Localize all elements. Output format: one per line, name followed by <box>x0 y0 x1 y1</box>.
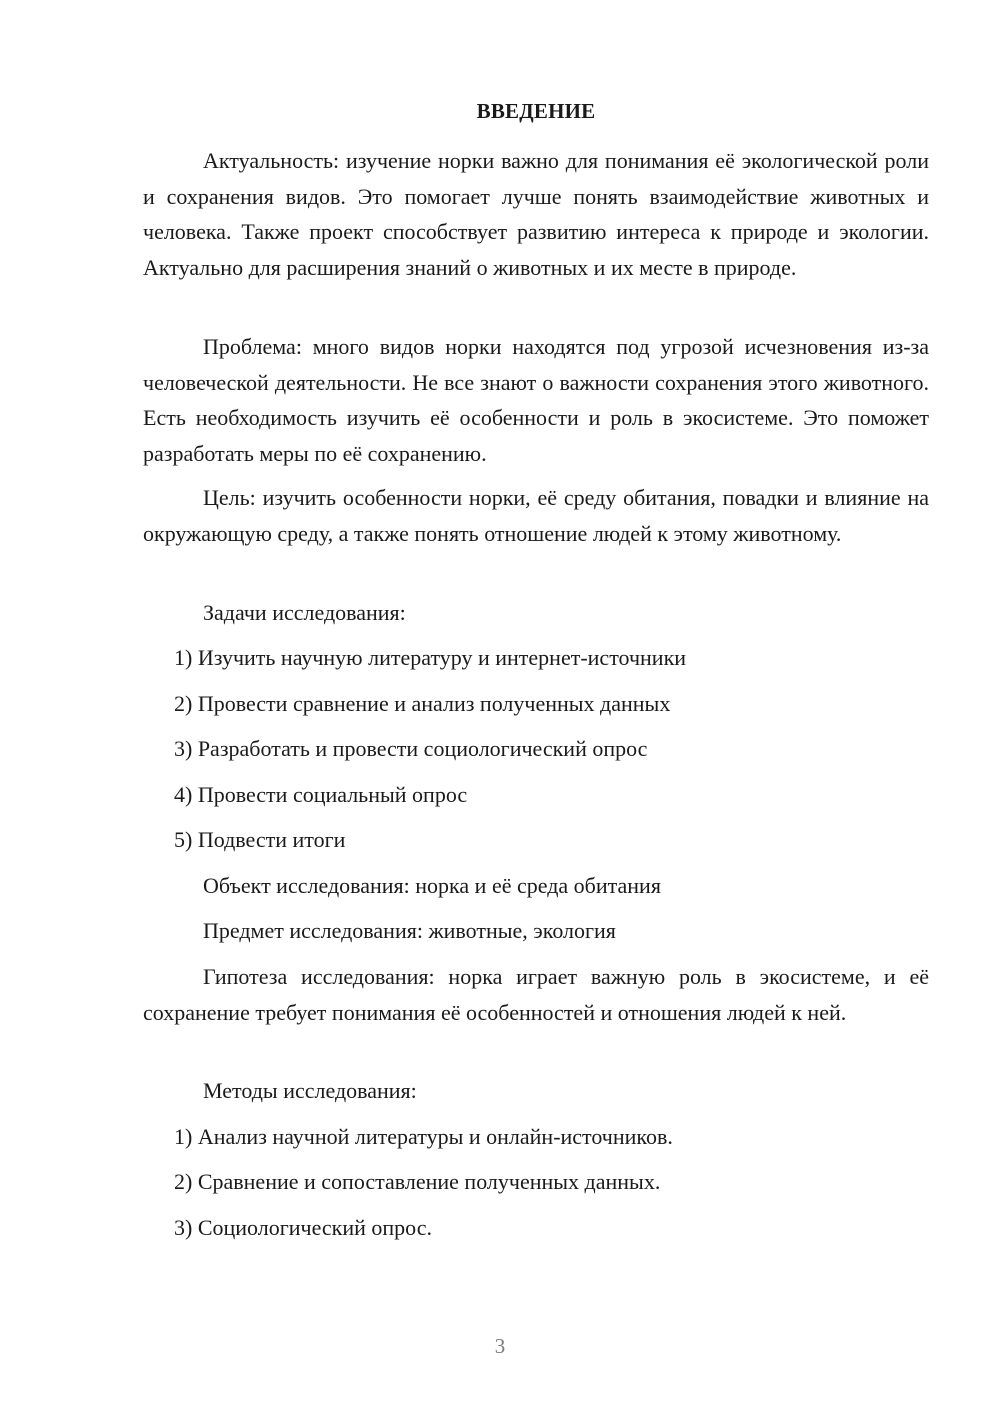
method-item: 1) Анализ научной литературы и онлайн-ис… <box>174 1122 673 1152</box>
goal-paragraph: Цель: изучить особенности норки, её сред… <box>143 480 929 551</box>
page-number: 3 <box>0 1334 1000 1359</box>
methods-heading: Методы исследования: <box>203 1076 417 1106</box>
problem-paragraph: Проблема: много видов норки находятся по… <box>143 329 929 471</box>
research-object: Объект исследования: норка и её среда об… <box>203 871 661 901</box>
task-item: 4) Провести социальный опрос <box>174 780 467 810</box>
method-item: 2) Сравнение и сопоставление полученных … <box>174 1167 660 1197</box>
task-item: 2) Провести сравнение и анализ полученны… <box>174 689 670 719</box>
task-item: 3) Разработать и провести социологически… <box>174 734 647 764</box>
task-item: 5) Подвести итоги <box>174 825 345 855</box>
relevance-paragraph: Актуальность: изучение норки важно для п… <box>143 143 929 285</box>
method-item: 3) Социологический опрос. <box>174 1213 432 1243</box>
section-title: ВВЕДЕНИЕ <box>143 96 929 126</box>
hypothesis-paragraph: Гипотеза исследования: норка играет важн… <box>143 959 929 1030</box>
task-item: 1) Изучить научную литературу и интернет… <box>174 643 686 673</box>
research-subject: Предмет исследования: животные, экология <box>203 916 616 946</box>
tasks-heading: Задачи исследования: <box>203 598 406 628</box>
